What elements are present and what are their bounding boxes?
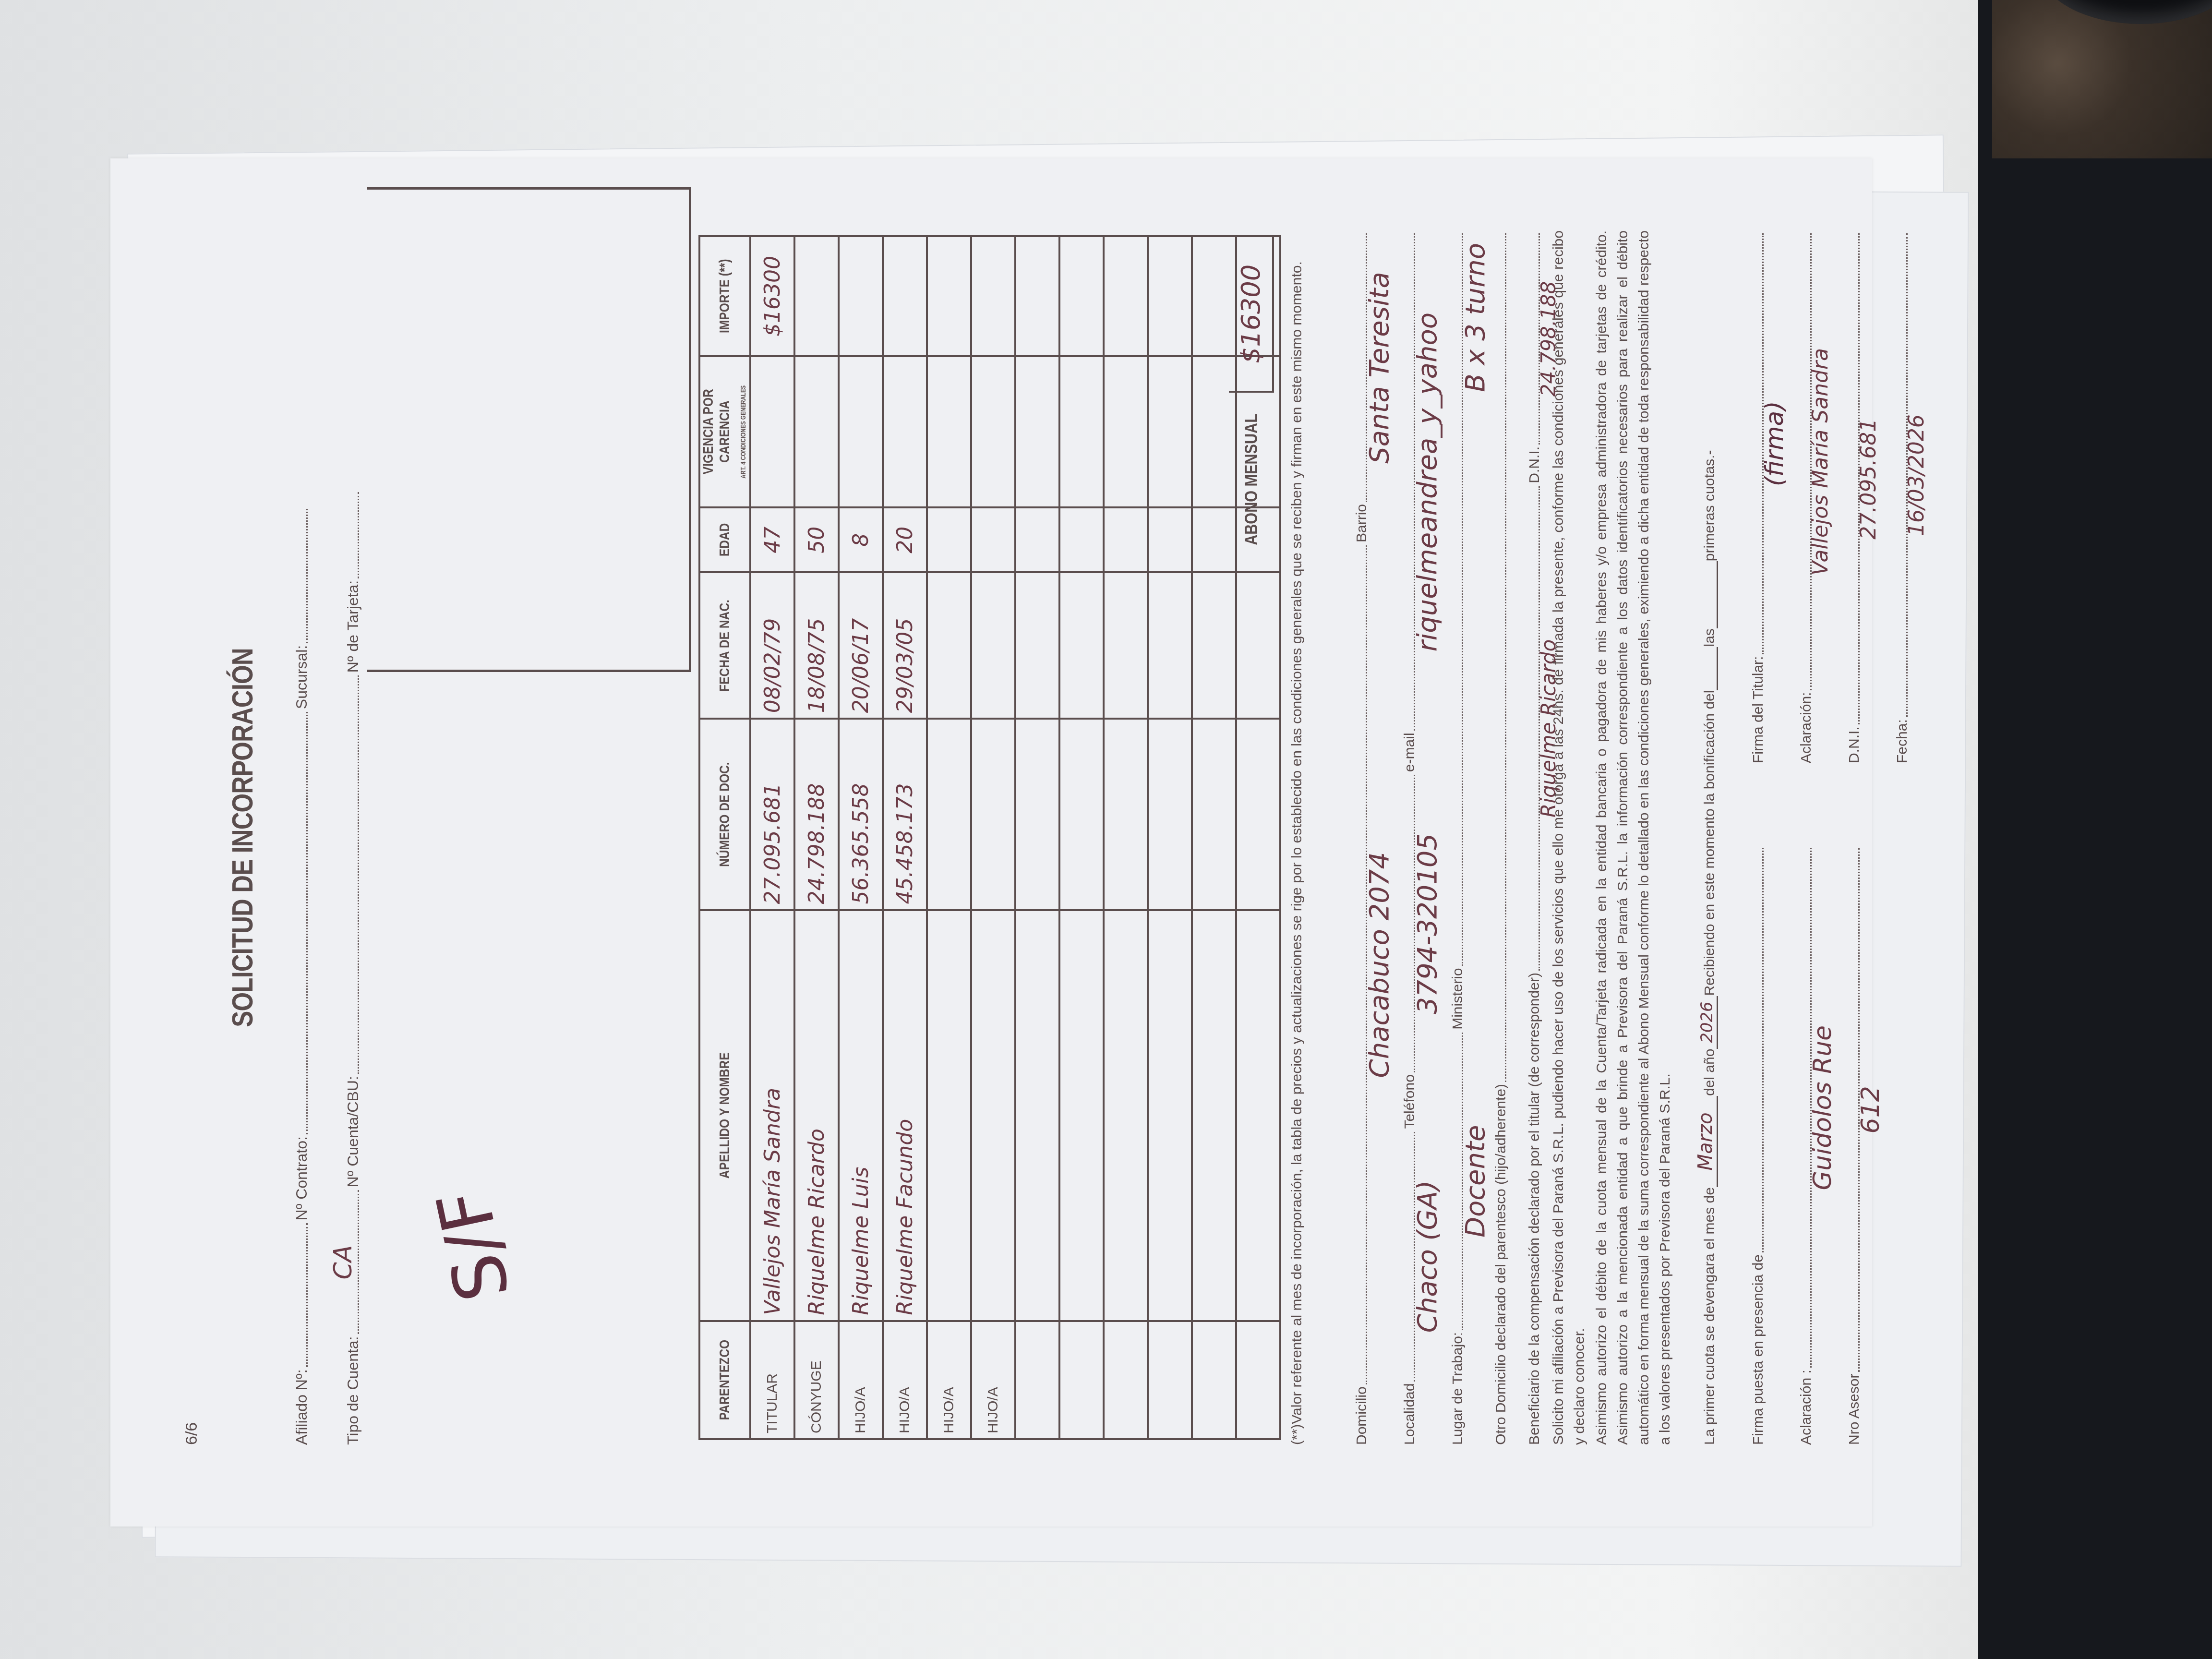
cell-doc[interactable] — [1236, 719, 1280, 910]
primeras-cuotas-label: primeras cuotas.- — [1702, 450, 1718, 561]
cuenta-cbu-field[interactable] — [356, 675, 359, 1074]
ministerio-field[interactable]: B x 3 turno — [1460, 233, 1463, 966]
cell-importe[interactable] — [1104, 236, 1148, 356]
cell-parentezco: HIJO/A — [927, 1321, 971, 1439]
cell-nombre[interactable] — [927, 910, 971, 1321]
cell-doc[interactable]: 56.365.558 — [839, 719, 883, 910]
cell-edad[interactable] — [971, 507, 1015, 572]
cell-importe[interactable] — [839, 236, 883, 356]
table-row — [1059, 236, 1104, 1439]
col-vigencia: VIGENCIA POR CARENCIAART. 4 CONDICIONES … — [699, 356, 750, 508]
granite-surface — [1992, 0, 2212, 158]
cell-nombre[interactable]: Riquelme Facundo — [883, 910, 927, 1321]
contrato-field[interactable] — [304, 712, 308, 1134]
lugar-trabajo-field[interactable]: Docente — [1460, 1033, 1463, 1330]
localidad-value: Chaco (GA) — [1412, 1180, 1417, 1333]
witness-aclaracion-field[interactable]: Guidolos Rue — [1808, 848, 1812, 1368]
titular-dni-label: D.N.I. — [1846, 726, 1863, 763]
cell-importe[interactable]: $16300 — [750, 236, 794, 356]
email-label: e-mail — [1402, 733, 1418, 772]
cell-nombre[interactable] — [971, 910, 1015, 1321]
table-row — [1104, 236, 1148, 1439]
titular-aclaracion-row: Aclaración: Vallejos María Sandra — [1767, 230, 1815, 763]
cell-fecha-nac[interactable] — [971, 572, 1015, 719]
cell-edad[interactable] — [1104, 507, 1148, 572]
table-row: HIJO/A — [927, 236, 971, 1439]
cell-doc[interactable] — [1104, 719, 1148, 910]
otro-domicilio-line: Otro Domicilio declarado del parentesco … — [1493, 230, 1509, 1445]
dark-background — [1978, 0, 2212, 1659]
cell-edad[interactable]: 50 — [794, 507, 839, 572]
bonificacion-label: Recibiendo en este momento la bonificaci… — [1702, 690, 1718, 996]
cell-doc[interactable]: 45.458.173 — [883, 719, 927, 910]
cell-vigencia[interactable] — [927, 356, 971, 508]
sucursal-field[interactable] — [304, 509, 308, 643]
tipo-cuenta-field[interactable]: CA — [329, 1190, 359, 1334]
affiliation-paragraph: Solicito mi afiliación a Previsora del P… — [1548, 230, 1590, 1445]
cell-parentezco — [1015, 1321, 1059, 1439]
primer-cuota-label: La primer cuota se devengara el mes de — [1702, 1187, 1718, 1445]
asesor-label: Nro Asesor — [1846, 1374, 1863, 1445]
sucursal-label: Sucursal: — [293, 645, 311, 709]
telefono-value: 3794-320105 — [1412, 833, 1417, 1014]
col-apellido-nombre: APELLIDO Y NOMBRE — [699, 910, 750, 1321]
cell-nombre[interactable] — [1192, 910, 1236, 1321]
cell-nombre[interactable] — [1015, 910, 1059, 1321]
table-row — [1148, 236, 1192, 1439]
cell-fecha-nac[interactable] — [1015, 572, 1059, 719]
abono-mensual-row: ABONO MENSUAL $16300 — [1229, 235, 1274, 672]
titular-dni-value: 27.095.681 — [1856, 419, 1861, 540]
titular-signature-block: Firma del Titular: (firma) Aclaración: V… — [1719, 230, 1911, 763]
beneficiario-line: Beneficiario de la compensación declarad… — [1527, 230, 1543, 1445]
price-footnote: (**)Valor referente al mes de incorporac… — [1286, 230, 1308, 1445]
cell-nombre[interactable]: Riquelme Ricardo — [794, 910, 839, 1321]
witness-aclaracion-label: Aclaración : — [1798, 1370, 1815, 1445]
cell-fecha-nac[interactable] — [1148, 572, 1192, 719]
firma-titular-label: Firma del Titular: — [1750, 656, 1767, 763]
header-row-1: Afiliado Nº: Nº Contrato: Sucursal: — [293, 230, 311, 1445]
form-page: 6/6 SOLICITUD DE INCORPORACIÓN Afiliado … — [110, 158, 1872, 1527]
domicilio-field[interactable]: Chacabuco 2074 — [1364, 545, 1367, 1384]
localidad-label: Localidad — [1402, 1383, 1418, 1445]
telefono-field[interactable]: 3794-320105 — [1412, 775, 1415, 1072]
cell-fecha-nac[interactable]: 08/02/79 — [750, 572, 794, 719]
header-row-2: Tipo de Cuenta: CA Nº Cuenta/CBU: Nº de … — [329, 230, 362, 1445]
debit-authorization-paragraph: Asimismo autorizo el débito de la cuota … — [1591, 230, 1676, 1445]
cell-edad[interactable] — [927, 507, 971, 572]
beneficiario-value: Riquelme Ricardo — [1537, 639, 1541, 817]
cell-edad[interactable] — [1148, 507, 1192, 572]
tarjeta-label: Nº de Tarjeta: — [344, 580, 362, 673]
beneficiario-dni-value: 24.798.188 — [1537, 281, 1541, 397]
beneficiario-label: Beneficiario de la compensación declarad… — [1527, 973, 1543, 1445]
abono-mensual-label: ABONO MENSUAL — [1241, 414, 1262, 545]
cell-doc[interactable] — [971, 719, 1015, 910]
cell-nombre[interactable]: Riquelme Luis — [839, 910, 883, 1321]
cell-importe[interactable] — [1015, 236, 1059, 356]
titular-aclaracion-field[interactable]: Vallejos María Sandra — [1808, 233, 1812, 690]
cell-vigencia[interactable] — [971, 356, 1015, 508]
cell-parentezco: HIJO/A — [971, 1321, 1015, 1439]
table-header-row: PARENTEZCO APELLIDO Y NOMBRE NÚMERO DE D… — [699, 236, 750, 1439]
lugar-trabajo-label: Lugar de Trabajo: — [1450, 1332, 1466, 1445]
cell-doc[interactable] — [1192, 719, 1236, 910]
signature-scribble: (firma) — [1760, 401, 1765, 486]
cell-fecha-nac[interactable] — [1104, 572, 1148, 719]
witness-aclaracion-value: Guidolos Rue — [1808, 1025, 1813, 1190]
cell-doc[interactable] — [1015, 719, 1059, 910]
email-value: riquelmeandrea_y_yahoo — [1412, 313, 1417, 651]
cell-nombre[interactable] — [1059, 910, 1104, 1321]
cell-parentezco — [1059, 1321, 1104, 1439]
cell-fecha-nac[interactable]: 20/06/17 — [839, 572, 883, 719]
cell-parentezco: TITULAR — [750, 1321, 794, 1439]
afiliado-label: Afiliado Nº: — [293, 1369, 311, 1445]
las-label: las — [1702, 628, 1718, 647]
col-parentezco: PARENTEZCO — [699, 1321, 750, 1439]
primer-cuota-line: La primer cuota se devengara el mes de M… — [1695, 230, 1718, 1445]
card-stamp-box — [367, 187, 691, 672]
col-fecha-nac: FECHA DE NAC. — [699, 572, 750, 719]
cell-importe[interactable] — [794, 236, 839, 356]
ministerio-label: Ministerio — [1450, 968, 1466, 1029]
asesor-value: 612 — [1856, 1086, 1861, 1133]
cell-parentezco — [1236, 1321, 1280, 1439]
cell-vigencia[interactable] — [794, 356, 839, 508]
cell-doc[interactable] — [1059, 719, 1104, 910]
contrato-label: Nº Contrato: — [293, 1136, 311, 1220]
cell-edad[interactable] — [1059, 507, 1104, 572]
afiliado-field[interactable] — [304, 1223, 308, 1367]
cell-parentezco: CÓNYUGE — [794, 1321, 839, 1439]
firma-titular-row: Firma del Titular: (firma) — [1719, 230, 1767, 763]
cell-nombre[interactable] — [1148, 910, 1192, 1321]
tipo-cuenta-label: Tipo de Cuenta: — [344, 1336, 362, 1445]
cell-doc[interactable] — [927, 719, 971, 910]
cell-vigencia[interactable] — [1104, 356, 1148, 508]
witness-signature-block: Firma puesta en presencia de Aclaración … — [1719, 845, 1863, 1445]
cell-importe[interactable] — [971, 236, 1015, 356]
col-importe: IMPORTE (**) — [699, 236, 750, 356]
table-row: TITULARVallejos María Sandra27.095.68108… — [750, 236, 794, 1439]
firma-titular-field[interactable]: (firma) — [1760, 233, 1764, 654]
anio-field[interactable]: 2026 — [1697, 996, 1718, 1049]
cell-parentezco — [1104, 1321, 1148, 1439]
fecha-value: 16/03/2026 — [1904, 414, 1909, 536]
tarjeta-field[interactable] — [356, 492, 359, 578]
beneficiario-dni-field[interactable]: 24.798.188 — [1537, 233, 1540, 445]
barrio-label: Barrio — [1354, 504, 1370, 542]
fecha-field[interactable]: 16/03/2026 — [1904, 233, 1908, 717]
telefono-label: Teléfono — [1402, 1074, 1418, 1129]
cell-nombre[interactable] — [1104, 910, 1148, 1321]
abono-mensual-value[interactable]: $16300 — [1229, 235, 1274, 393]
otro-domicilio-label: Otro Domicilio declarado del parentesco … — [1493, 1084, 1509, 1445]
firma-presencia-label: Firma puesta en presencia de — [1750, 1254, 1767, 1445]
titular-dni-field[interactable]: 27.095.681 — [1856, 233, 1860, 724]
cuenta-cbu-label: Nº Cuenta/CBU: — [344, 1076, 362, 1187]
form-title: SOLICITUD DE INCORPORACIÓN — [226, 340, 260, 1336]
beneficiario-field[interactable]: Riquelme Ricardo — [1537, 486, 1540, 971]
localidad-field[interactable]: Chaco (GA) — [1412, 1132, 1415, 1382]
cell-vigencia[interactable] — [1015, 356, 1059, 508]
cell-vigencia[interactable] — [1059, 356, 1104, 508]
margin-handwritten-mark: S/F — [421, 1182, 526, 1308]
mes-field[interactable]: Marzo — [1695, 1096, 1718, 1187]
cell-doc[interactable] — [1148, 719, 1192, 910]
cuotas-field[interactable] — [1717, 561, 1718, 628]
cell-doc[interactable]: 24.798.188 — [794, 719, 839, 910]
cell-importe[interactable] — [927, 236, 971, 356]
firma-presencia-row: Firma puesta en presencia de — [1719, 845, 1767, 1445]
mes-value: Marzo — [1695, 1113, 1717, 1171]
cell-importe[interactable] — [1148, 236, 1192, 356]
localidad-line: Localidad Chaco (GA) Teléfono 3794-32010… — [1402, 230, 1418, 1445]
cell-fecha-nac[interactable]: 29/03/05 — [883, 572, 927, 719]
email-field[interactable]: riquelmeandrea_y_yahoo — [1412, 233, 1415, 731]
cell-nombre[interactable]: Vallejos María Sandra — [750, 910, 794, 1321]
cell-vigencia[interactable] — [1148, 356, 1192, 508]
titular-aclaracion-label: Aclaración: — [1798, 692, 1815, 763]
col-numero-doc: NÚMERO DE DOC. — [699, 719, 750, 910]
cell-edad[interactable]: 47 — [750, 507, 794, 572]
cell-vigencia[interactable] — [750, 356, 794, 508]
cell-importe[interactable] — [883, 236, 927, 356]
cell-fecha-nac[interactable] — [1059, 572, 1104, 719]
barrio-field[interactable]: Santa Teresita — [1364, 233, 1367, 502]
beneficiario-dni-label: D.N.I. — [1527, 446, 1543, 483]
cell-edad[interactable] — [1015, 507, 1059, 572]
anio-value: 2026 — [1697, 1001, 1717, 1043]
asesor-field[interactable]: 612 — [1856, 848, 1860, 1372]
ministerio-value: B x 3 turno — [1460, 243, 1465, 392]
cell-parentezco: HIJO/A — [839, 1321, 883, 1439]
cell-parentezco: HIJO/A — [883, 1321, 927, 1439]
cell-parentezco — [1192, 1321, 1236, 1439]
cell-nombre[interactable] — [1236, 910, 1280, 1321]
lugar-trabajo-value: Docente — [1460, 1125, 1465, 1238]
cell-vigencia[interactable] — [839, 356, 883, 508]
table-row: HIJO/ARiquelme Facundo45.458.17329/03/05… — [883, 236, 927, 1439]
firma-presencia-field[interactable] — [1760, 848, 1764, 1252]
cell-edad[interactable]: 20 — [883, 507, 927, 572]
cell-importe[interactable] — [1059, 236, 1104, 356]
cell-fecha-nac[interactable] — [927, 572, 971, 719]
cell-vigencia[interactable] — [883, 356, 927, 508]
domicilio-line: Domicilio Chacabuco 2074 Barrio Santa Te… — [1354, 230, 1370, 1445]
table-row — [1015, 236, 1059, 1439]
vigencia-subheader: ART. 4 CONDICIONES GENERALES — [739, 385, 747, 479]
table-row: CÓNYUGERiquelme Ricardo24.798.18818/08/7… — [794, 236, 839, 1439]
col-edad: EDAD — [699, 507, 750, 572]
barrio-value: Santa Teresita — [1364, 272, 1369, 464]
cell-parentezco — [1148, 1321, 1192, 1439]
members-table: PARENTEZCO APELLIDO Y NOMBRE NÚMERO DE D… — [698, 235, 1281, 1440]
cell-doc[interactable]: 27.095.681 — [750, 719, 794, 910]
cell-fecha-nac[interactable]: 18/08/75 — [794, 572, 839, 719]
bonificacion-field[interactable] — [1717, 647, 1718, 690]
page-number: 6/6 — [182, 1422, 201, 1445]
cell-edad[interactable]: 8 — [839, 507, 883, 572]
table-row: HIJO/A — [971, 236, 1015, 1439]
otro-domicilio-field[interactable] — [1503, 233, 1506, 1082]
witness-aclaracion-row: Aclaración : Guidolos Rue — [1767, 845, 1815, 1445]
table-row: HIJO/ARiquelme Luis56.365.55820/06/178 — [839, 236, 883, 1439]
anio-label: del año — [1702, 1049, 1718, 1096]
fecha-label: Fecha: — [1894, 719, 1911, 763]
domicilio-label: Domicilio — [1354, 1386, 1370, 1445]
lugar-trabajo-line: Lugar de Trabajo: Docente Ministerio B x… — [1450, 230, 1466, 1445]
domicilio-value: Chacabuco 2074 — [1364, 852, 1369, 1078]
titular-aclaracion-value: Vallejos María Sandra — [1808, 348, 1813, 576]
